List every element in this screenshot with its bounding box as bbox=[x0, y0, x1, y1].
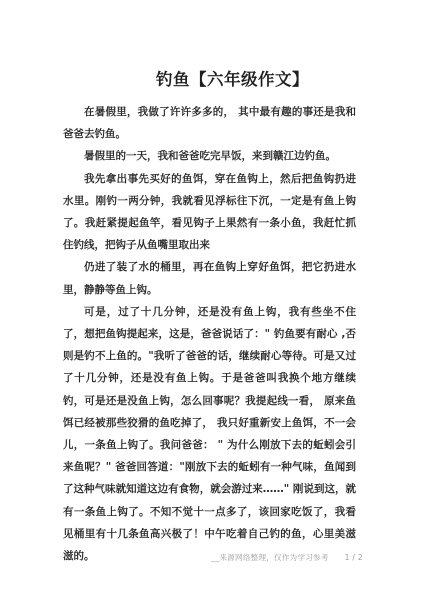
essay-paragraph-5: 可是，过了十几分钟，还是没有鱼上钩，我有些坐不住了，想把鱼钩提起来，这是，爸爸说… bbox=[63, 301, 356, 567]
essay-paragraph-1: 在暑假里，我做了许许多多的， 其中最有趣的事还是我和爸爸去钓鱼。 bbox=[63, 101, 356, 145]
footer-source-note: __来源网络整理，仅作为学习参考 bbox=[211, 552, 328, 563]
document-page: 钓鱼【六年级作文】 在暑假里，我做了许许多多的， 其中最有趣的事还是我和爸爸去钓… bbox=[0, 0, 423, 600]
essay-paragraph-4: 仍进了装了水的桶里，再在鱼钩上穿好鱼饵，把它扔进水里，静静等鱼上钩。 bbox=[63, 256, 356, 300]
footer-page-number: 1 / 2 bbox=[345, 553, 363, 562]
essay-paragraph-3: 我先拿出事先买好的鱼饵，穿在鱼钩上，然后把鱼钩扔进水里。刚钓一两分钟，我就看见浮… bbox=[63, 168, 356, 257]
page-footer: __来源网络整理，仅作为学习参考 1 / 2 bbox=[63, 552, 363, 563]
essay-paragraph-2: 暑假里的一天，我和爸爸吃完早饭，来到赣江边钓鱼。 bbox=[63, 145, 356, 167]
essay-body: 在暑假里，我做了许许多多的， 其中最有趣的事还是我和爸爸去钓鱼。 暑假里的一天，… bbox=[63, 101, 356, 567]
essay-title: 钓鱼【六年级作文】 bbox=[0, 66, 423, 90]
